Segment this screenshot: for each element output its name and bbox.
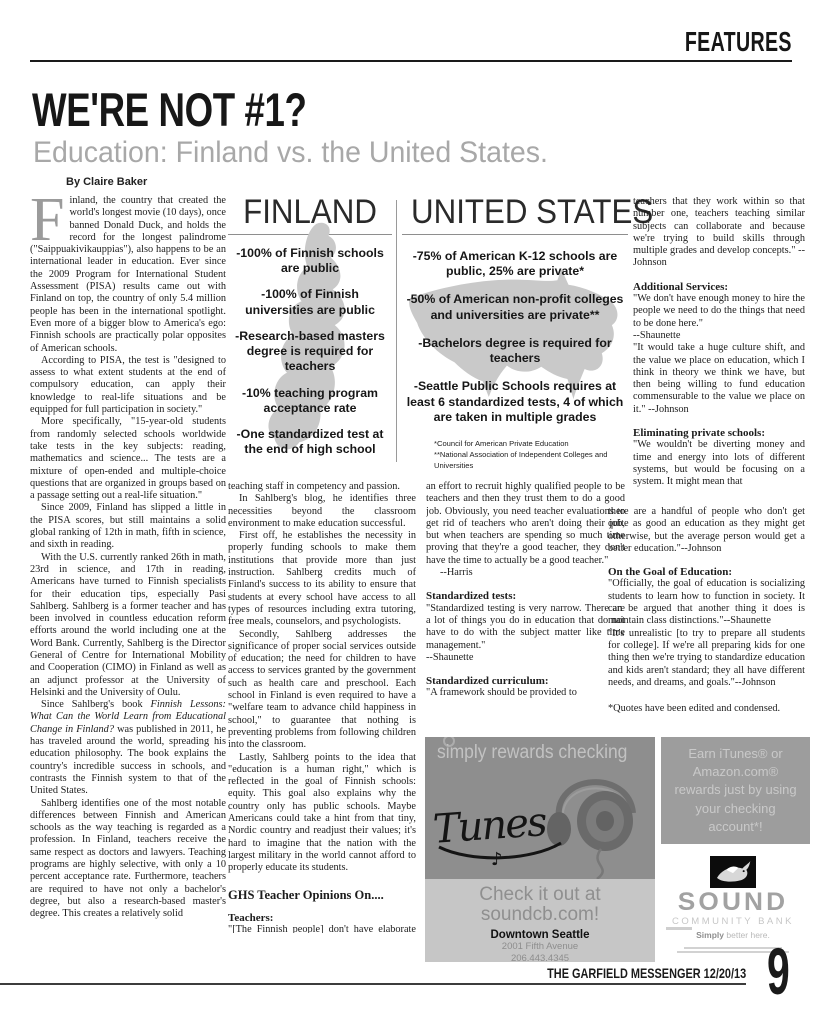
ad-promo-text: Earn iTunes® or Amazon.com® rewards just… [661,741,810,840]
paragraph: teaching staff in competency and passion… [228,481,416,493]
editor-note: *Quotes have been edited and condensed. [608,703,805,715]
fact-item: -50% of American non-profit colleges and… [402,292,628,322]
paragraph: In Sahlberg's blog, he identifies three … [228,493,416,530]
paragraph: "[The Finnish people] don't have elabora… [228,924,416,933]
sub-heading: Eliminating private schools: [633,427,805,439]
fact-item: -10% teaching program acceptance rate [228,386,392,416]
finland-facts: -100% of Finnish schools are public -100… [228,246,392,458]
tunes-underline-swash [435,841,565,863]
bank-advertisement: simply rewards checking Tunes ♪ Check [425,737,810,962]
united-states-title-rule [402,234,628,235]
fact-item: -100% of Finnish universities are public [228,287,392,317]
fact-item: -75% of American K-12 schools are public… [402,249,628,279]
fact-item: -100% of Finnish schools are public [228,246,392,276]
page-title: WE'RE NOT #1? [32,82,307,137]
paragraph: Secondly, Sahlberg addresses the signifi… [228,629,416,752]
article-column-3: an effort to recruit highly qualified pe… [426,481,625,733]
tagline-bold: Simply [696,930,724,940]
section-label: FEATURES [685,26,792,58]
united-states-facts: -75% of American K-12 schools are public… [402,249,628,425]
article-column-4-upper: teachers that they work within so that n… [633,196,805,506]
paragraph: "Officially, the goal of education is so… [608,578,805,627]
article-column-4-lower: there are a handful of people who don't … [608,506,805,734]
newspaper-page: FEATURES WE'RE NOT #1? Education: Finlan… [0,0,819,1024]
sub-heading: Additional Services: [633,281,805,293]
sub-heading: Standardized tests: [426,590,625,602]
quote-attribution: --Shaunette [426,652,625,664]
paragraph: "We wouldn't be diverting money and time… [633,439,805,488]
paragraph: an effort to recruit highly qualified pe… [426,481,625,567]
orca-icon [713,859,753,886]
ad-promo-panel: Earn iTunes® or Amazon.com® rewards just… [661,737,810,844]
bank-subtitle: COMMUNITY BANK [656,916,810,927]
tagline-rest: better here. [724,930,770,940]
paragraph: teachers that they work within so that n… [633,196,805,270]
paragraph: Sahlberg identifies one of the most nota… [30,798,226,921]
ad-address: 2001 Fifth Avenue [425,941,655,953]
section-heading: GHS Teacher Opinions On.... [228,889,416,901]
page-number: 9 [767,938,790,1004]
article-subtitle: Education: Finland vs. the United States… [33,136,548,170]
member-fdic-fineprint [666,927,692,930]
bank-name: SOUND [652,890,814,915]
paragraph: "It's unrealistic [to try to prepare all… [608,628,805,689]
paragraph: Finland, the country that created the wo… [30,195,226,355]
united-states-title: UNITED STATES [411,192,619,232]
footnote: **National Association of Independent Co… [434,449,628,471]
orca-logo-box [710,856,756,888]
paper-name-date: THE GARFIELD MESSENGER 12/20/13 [547,965,746,981]
paragraph: According to PISA, the test is "designed… [30,355,226,416]
article-column-2: teaching staff in competency and passion… [228,481,416,933]
quote-attribution: --Shaunette [633,330,805,342]
paragraph: Lastly, Sahlberg points to the idea that… [228,752,416,875]
header-divider [30,60,792,62]
footer-divider [0,983,746,985]
byline: By Claire Baker [66,176,147,188]
paragraph: "Standardized testing is very narrow. Th… [426,603,625,652]
article-column-1: Finland, the country that created the wo… [30,195,226,923]
ad-left-bottom-panel: Check it out at soundcb.com! Downtown Se… [425,879,655,962]
paragraph: there are a handful of people who don't … [608,506,805,555]
sub-heading: Teachers: [228,912,416,924]
paragraph: "A framework should be provided to [426,687,625,699]
paragraph: "It would take a huge culture shift, and… [633,342,805,416]
drop-cap: F [30,195,69,244]
quote-attribution: --Harris [426,567,625,579]
paragraph: Since 2009, Finland has slipped a little… [30,502,226,551]
ad-location: Downtown Seattle [425,929,655,941]
paragraph-text: Since Sahlberg's book [41,699,151,710]
sub-heading: On the Goal of Education: [608,566,805,578]
sub-heading: Standardized curriculum: [426,675,625,687]
footnote: *Council for American Private Education [434,438,628,449]
paragraph: Since Sahlberg's book Finnish Lessons: W… [30,699,226,797]
finland-panel: FINLAND -100% of Finnish schools are pub… [228,192,392,458]
fact-item: -Seattle Public Schools requires at leas… [402,379,628,425]
ad-website: soundcb.com! [425,905,655,925]
paragraph: First off, he establishes the necessity … [228,530,416,628]
fact-item: -One standardized test at the end of hig… [228,427,392,457]
paragraph: "We don't have enough money to hire the … [633,293,805,330]
comparison-infographic: FINLAND -100% of Finnish schools are pub… [228,192,628,482]
ad-left-top-panel: simply rewards checking Tunes ♪ [425,737,655,879]
comparison-footnotes: *Council for American Private Education … [434,438,628,471]
fact-item: -Bachelors degree is required for teache… [402,336,628,366]
paragraph: With the U.S. currently ranked 26th in m… [30,552,226,700]
vertical-divider [396,200,397,462]
ad-cta-line1: Check it out at [425,885,655,905]
ad-left-panel: simply rewards checking Tunes ♪ Check [425,737,655,962]
united-states-panel: UNITED STATES -75% of American K-12 scho… [402,192,628,425]
fact-item: -Research-based masters degree is requir… [228,329,392,375]
ad-phone: 206.443.4345 [425,953,655,962]
paragraph: More specifically, "15-year-old students… [30,416,226,502]
